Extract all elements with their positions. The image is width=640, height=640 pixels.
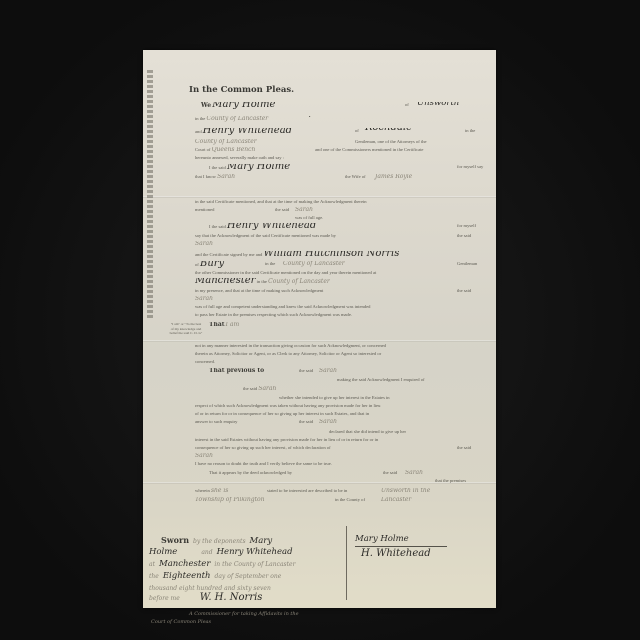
para-4-line-5: respect of which such Acknowledgment was… xyxy=(195,403,484,409)
para-2-line-5: of Bury in the County of Lancaster Gentl… xyxy=(195,261,484,268)
para-2-line-9: Sarah xyxy=(195,296,484,302)
signature-underline xyxy=(355,546,447,547)
para-3-line-3: therein as Attorney, Solicitor or Agent,… xyxy=(195,351,484,357)
fold-line xyxy=(143,340,496,342)
handwritten-name: Mary Holme xyxy=(212,102,275,109)
fold-line xyxy=(143,196,496,198)
para-3-line-2: not in any manner interested in the tran… xyxy=(195,343,484,349)
para-4-line-9: interest in the said Estates without hav… xyxy=(195,437,484,443)
para-4-line-12: I have no reason to doubt the truth and … xyxy=(195,461,484,467)
para-1-line-3: in the said Certificate mentioned, and t… xyxy=(195,199,484,205)
para-2-line-4: and the Certificate signed by me and Wil… xyxy=(195,251,484,258)
intro-line-4: County of Lancaster Gentleman, one of th… xyxy=(195,139,484,145)
para-4-line-1: 4. That previous to the said Sarah xyxy=(195,368,484,374)
para-5-line-3: wherein she is stated to be interested a… xyxy=(195,488,484,494)
para-4-line-3: the said Sarah xyxy=(195,386,484,392)
para-4-line-4: whether she intended to give up her inte… xyxy=(195,395,484,401)
para-4-line-11: Sarah xyxy=(195,453,484,459)
side-imprint xyxy=(147,70,153,320)
para-1-line-2: that I know Sarah the Wife of James Royl… xyxy=(195,174,484,180)
para-2-line-3: Sarah xyxy=(195,241,484,247)
intro-line-1: We Mary Holme of Unsworth xyxy=(195,102,484,109)
para-1-line-5: was of full age. xyxy=(195,215,484,221)
intro-line-2: in the County of Lancaster Spinster xyxy=(195,116,484,122)
para-4-line-7: answer to such enquiry the said Sarah xyxy=(195,419,484,425)
jurat-divider xyxy=(346,526,347,600)
para-4-line-2: making the said Acknowledgment I enquire… xyxy=(195,377,484,383)
para-2-line-6: the other Commissioner in the said Certi… xyxy=(195,270,484,276)
intro-line-3: and Henry Whitehead of Rochdale in the xyxy=(195,128,484,135)
para-4-line-6: of or in return for or in consequence of… xyxy=(195,411,484,417)
para-3-line-4: concerned. xyxy=(195,359,484,365)
intro-line-6: hereunto annexed, severally make oath an… xyxy=(195,155,484,161)
para-2-line-1: 2. I the said Henry Whitehead for myself xyxy=(195,223,484,230)
para-2-line-2: say that the Acknowledgment of the said … xyxy=(195,233,484,239)
para-5-line-2: that the premises xyxy=(195,478,484,484)
para-2-line-7: Manchester in the County of Lancaster xyxy=(195,278,484,285)
para-2-line-11: to pass her Estate in the premises respe… xyxy=(195,312,484,318)
para-4-line-8: declared that she did intend to give up … xyxy=(195,429,484,435)
para-2-line-8: in my presence, and that at the time of … xyxy=(195,288,484,294)
para-1-line-4: mentioned the said Sarah xyxy=(195,207,484,213)
signature-h-whitehead: H. Whitehead xyxy=(361,548,431,559)
para-5-line-1: 5. That it appears by the deed acknowled… xyxy=(195,470,484,476)
intro-line-5: Court of Queens Bench and one of the Com… xyxy=(195,147,484,153)
affidavit-document: "I am" or "To the best of my knowledge a… xyxy=(143,50,496,608)
para-3-line-1: 3. That I am xyxy=(195,322,484,328)
signature-mary-holme: Mary Holme xyxy=(355,534,409,544)
para-1-line-1: 1. I the said Mary Holme for myself say xyxy=(195,164,484,171)
para-5-line-4: Township of Pilkington in the County of … xyxy=(195,497,484,503)
para-4-line-10: consequence of her so giving up such her… xyxy=(195,445,484,451)
document-heading: In the Common Pleas. xyxy=(189,85,294,95)
para-2-line-10: was of full age and competent understand… xyxy=(195,304,484,310)
